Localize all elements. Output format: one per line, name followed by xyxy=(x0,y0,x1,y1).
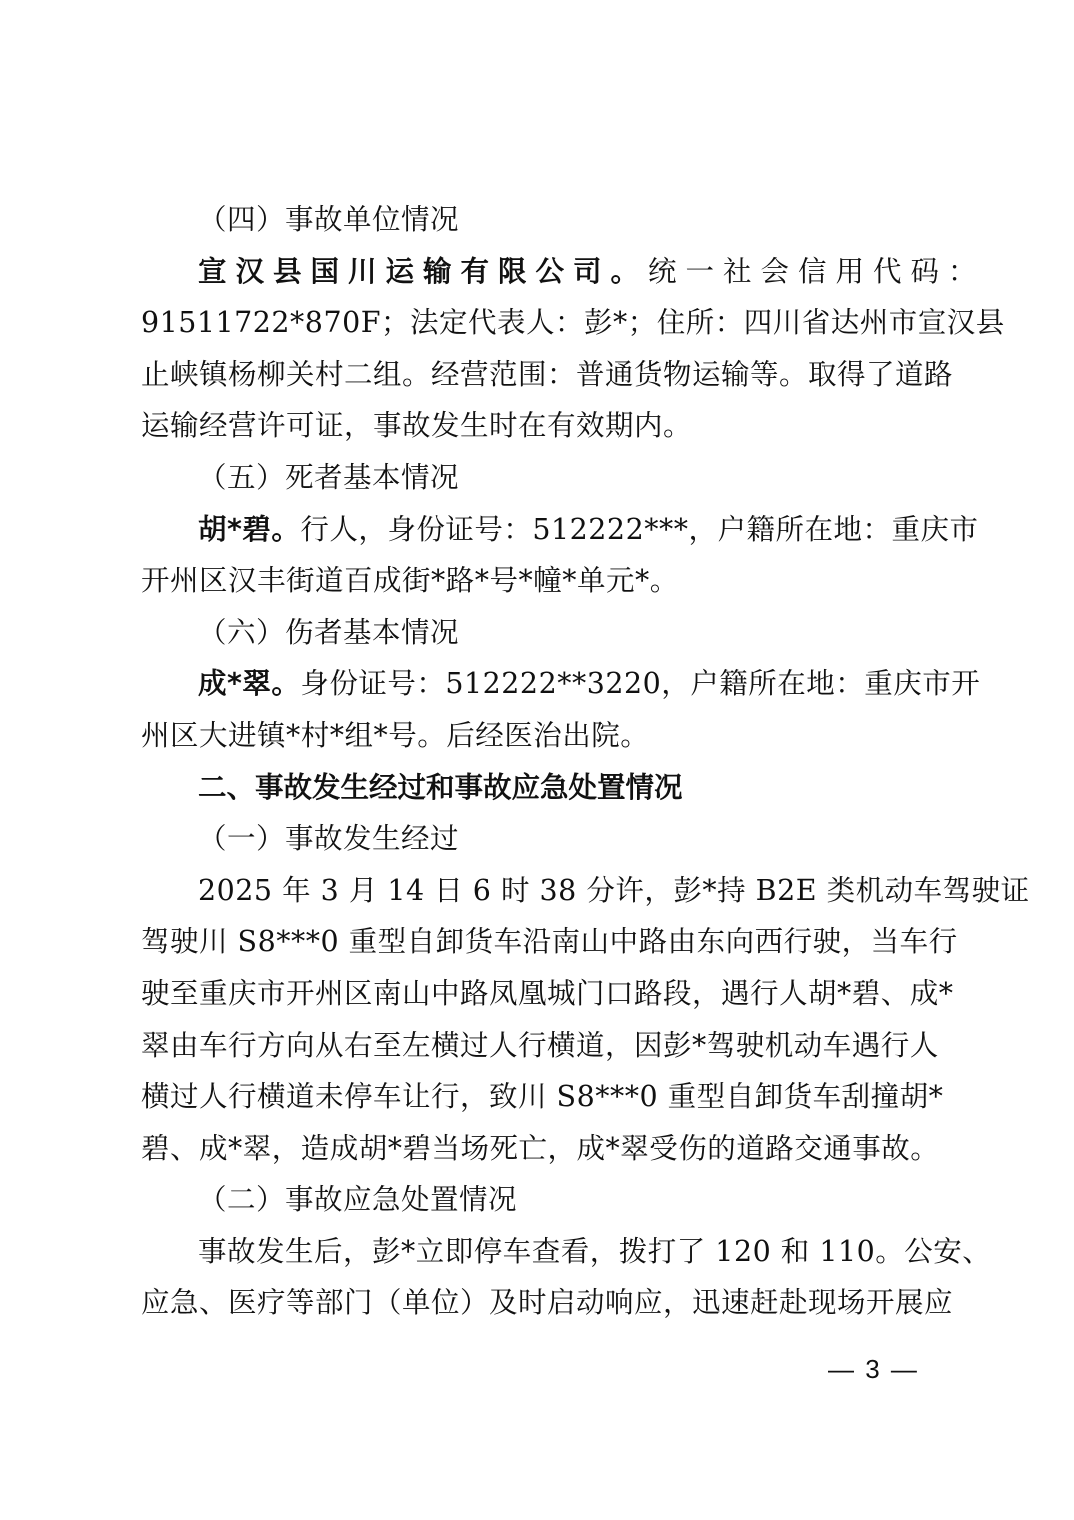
paragraph-text: 身份证号：512222**3220，户籍所在地：重庆市开 xyxy=(300,667,980,700)
paragraph-line: 事故发生后，彭*立即停车查看，拨打了 120 和 110。公安、 xyxy=(141,1226,935,1278)
page-number: — 3 — xyxy=(828,1354,919,1385)
chapter-heading: 二、事故发生经过和事故应急处置情况 xyxy=(141,762,935,814)
paragraph-line: 成*翠。身份证号：512222**3220，户籍所在地：重庆市开 xyxy=(141,658,935,710)
section-heading-deceased: （五）死者基本情况 xyxy=(141,452,935,504)
paragraph-line: 翠由车行方向从右至左横过人行横道，因彭*驾驶机动车遇行人 xyxy=(141,1020,935,1072)
paragraph-line: 宣汉县国川运输有限公司。统一社会信用代码： xyxy=(141,246,935,298)
paragraph-line: 州区大进镇*村*组*号。后经医治出院。 xyxy=(141,710,935,762)
paragraph-line: 胡*碧。行人，身份证号：512222***，户籍所在地：重庆市 xyxy=(141,504,935,556)
section-heading-injured: （六）伤者基本情况 xyxy=(141,607,935,659)
document-page: （四）事故单位情况 宣汉县国川运输有限公司。统一社会信用代码： 91511722… xyxy=(141,194,935,1329)
paragraph-line: 止峡镇杨柳关村二组。经营范围：普通货物运输等。取得了道路 xyxy=(141,349,935,401)
paragraph-line: 驾驶川 S8***0 重型自卸货车沿南山中路由东向西行驶，当车行 xyxy=(141,916,935,968)
paragraph-line: 驶至重庆市开州区南山中路凤凰城门口路段，遇行人胡*碧、成* xyxy=(141,968,935,1020)
paragraph-line: 2025 年 3 月 14 日 6 时 38 分许，彭*持 B2E 类机动车驾驶… xyxy=(141,865,935,917)
section-heading-company: （四）事故单位情况 xyxy=(141,194,935,246)
paragraph-line: 横过人行横道未停车让行，致川 S8***0 重型自卸货车刮撞胡* xyxy=(141,1071,935,1123)
paragraph-line: 运输经营许可证，事故发生时在有效期内。 xyxy=(141,400,935,452)
section-heading-process: （一）事故发生经过 xyxy=(141,813,935,865)
company-name: 宣汉县国川运输有限公司。 xyxy=(198,255,648,288)
paragraph-line: 碧、成*翠，造成胡*碧当场死亡，成*翠受伤的道路交通事故。 xyxy=(141,1123,935,1175)
paragraph-text: 行人，身份证号：512222***，户籍所在地：重庆市 xyxy=(300,513,978,546)
paragraph-text: 统一社会信用代码： xyxy=(648,255,986,288)
paragraph-line: 应急、医疗等部门（单位）及时启动响应，迅速赶赴现场开展应 xyxy=(141,1277,935,1329)
section-heading-emergency: （二）事故应急处置情况 xyxy=(141,1174,935,1226)
deceased-name: 胡*碧。 xyxy=(198,513,300,546)
paragraph-line: 91511722*870F；法定代表人：彭*；住所：四川省达州市宣汉县 xyxy=(141,297,935,349)
paragraph-line: 开州区汉丰街道百成街*路*号*幢*单元*。 xyxy=(141,555,935,607)
injured-name: 成*翠。 xyxy=(198,667,300,700)
